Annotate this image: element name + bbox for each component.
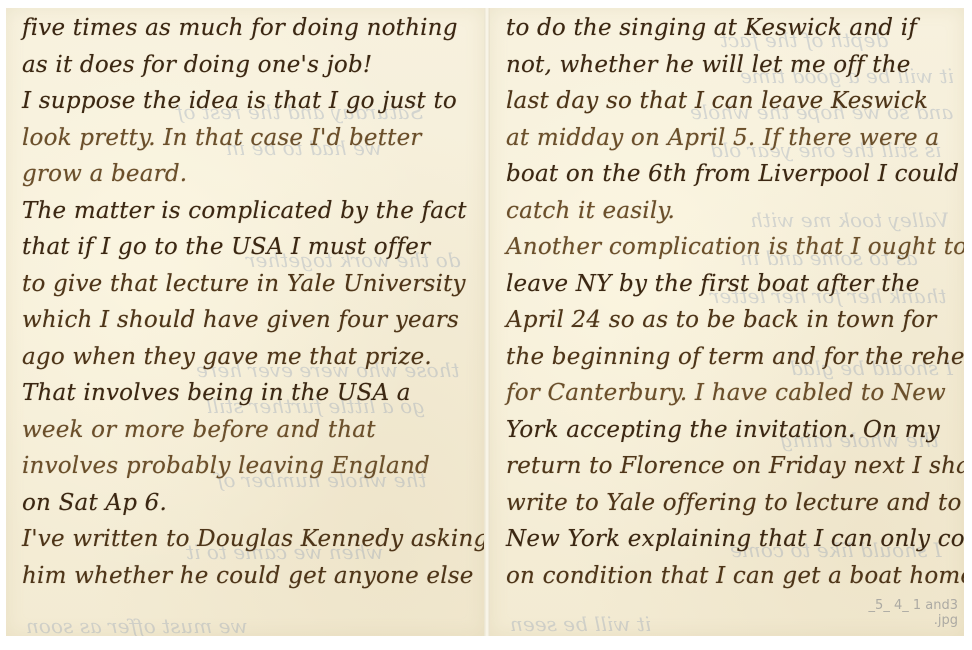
letter-line: the beginning of term and for the rehear… (506, 339, 956, 376)
letter-line: I've written to Douglas Kennedy asking (22, 521, 476, 558)
letter-text-right: to do the singing at Keswick and if not,… (506, 10, 956, 594)
letter-page-left: Saturday and the rest of we had to be in… (6, 8, 484, 636)
letter-line: as it does for doing one's job! (22, 47, 476, 84)
letter-line: I suppose the idea is that I go just to (22, 83, 476, 120)
letter-line: week or more before and that (22, 412, 476, 449)
letter-line: on condition that I can get a boat home (506, 558, 956, 595)
letter-line: him whether he could get anyone else (22, 558, 476, 595)
bleed-line: we must offer as soon (26, 614, 248, 636)
letter-line: ago when they gave me that prize. (22, 339, 476, 376)
letter-line: New York explaining that I can only come (506, 521, 956, 558)
letter-line: to give that lecture in Yale University (22, 266, 476, 303)
letter-scan: Saturday and the rest of we had to be in… (0, 0, 972, 650)
letter-text-left: five times as much for doing nothing as … (22, 10, 476, 594)
filename-watermark: _5_ 4_ 1 and3 .jpg (869, 598, 958, 628)
letter-line: last day so that I can leave Keswick (506, 83, 956, 120)
watermark-line: _5_ 4_ 1 and3 (869, 598, 958, 613)
letter-line: for Canterbury. I have cabled to New (506, 375, 956, 412)
letter-line: leave NY by the first boat after the (506, 266, 956, 303)
letter-line: five times as much for doing nothing (22, 10, 476, 47)
letter-line: catch it easily. (506, 193, 956, 230)
letter-line: look pretty. In that case I'd better (22, 120, 476, 157)
letter-line: grow a beard. (22, 156, 476, 193)
letter-line: not, whether he will let me off the (506, 47, 956, 84)
letter-line: Another complication is that I ought to (506, 229, 956, 266)
letter-line: The matter is complicated by the fact (22, 193, 476, 230)
letter-page-right: depth of the fact it will be a good time… (490, 8, 964, 636)
letter-line: return to Florence on Friday next I shal… (506, 448, 956, 485)
letter-line: That involves being in the USA a (22, 375, 476, 412)
letter-line: on Sat Ap 6. (22, 485, 476, 522)
letter-line: write to Yale offering to lecture and to (506, 485, 956, 522)
letter-line: York accepting the invitation. On my (506, 412, 956, 449)
letter-line: involves probably leaving England (22, 448, 476, 485)
letter-line: April 24 so as to be back in town for (506, 302, 956, 339)
letter-line: that if I go to the USA I must offer (22, 229, 476, 266)
bleed-line: it will be seen (510, 612, 651, 636)
letter-line: which I should have given four years (22, 302, 476, 339)
letter-line: boat on the 6th from Liverpool I could (506, 156, 956, 193)
letter-line: to do the singing at Keswick and if (506, 10, 956, 47)
letter-line: at midday on April 5. If there were a (506, 120, 956, 157)
watermark-line: .jpg (869, 613, 958, 628)
